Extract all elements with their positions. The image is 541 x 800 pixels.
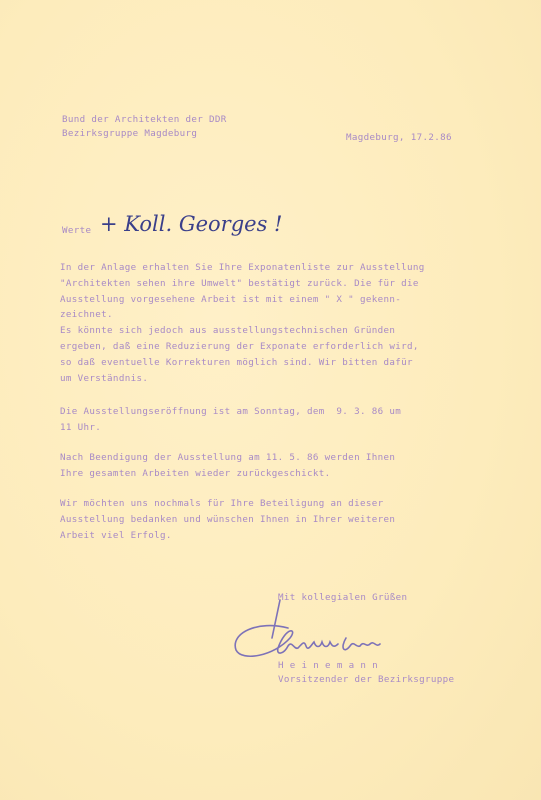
paragraph-line: In der Anlage erhalten Sie Ihre Exponate… <box>60 260 425 276</box>
paragraph-line: um Verständnis. <box>60 371 148 387</box>
paragraph-line: 11 Uhr. <box>60 420 101 436</box>
paragraph-line: Nach Beendigung der Ausstellung am 11. 5… <box>60 450 395 466</box>
paragraph-line: Wir möchten uns nochmals für Ihre Beteil… <box>60 496 383 512</box>
paragraph-line: Arbeit viel Erfolg. <box>60 528 172 544</box>
paragraph-line: zeichnet. <box>60 307 113 323</box>
paragraph-line: so daß eventuelle Korrekturen möglich si… <box>60 355 413 371</box>
paragraph-line: Ihre gesamten Arbeiten wieder zurückgesc… <box>60 466 331 482</box>
place-date: Magdeburg, 17.2.86 <box>346 130 452 146</box>
paragraph-line: Es könnte sich jedoch aus ausstellungste… <box>60 323 395 339</box>
signer-title: Vorsitzender der Bezirksgruppe <box>278 672 454 688</box>
salutation-typed: Werte <box>62 223 91 239</box>
paragraph-line: Ausstellung bedanken und wünschen Ihnen … <box>60 512 395 528</box>
paragraph-line: Die Ausstellungseröffnung ist am Sonntag… <box>60 404 401 420</box>
sender-line-2: Bezirksgruppe Magdeburg <box>62 126 197 142</box>
paragraph-line: Ausstellung vorgesehene Arbeit ist mit e… <box>60 292 401 308</box>
salutation-handwritten: + Koll. Georges ! <box>100 212 282 236</box>
paragraph-line: ergeben, daß eine Reduzierung der Expona… <box>60 339 419 355</box>
paragraph-line: "Architekten sehen ihre Umwelt" bestätig… <box>60 276 419 292</box>
